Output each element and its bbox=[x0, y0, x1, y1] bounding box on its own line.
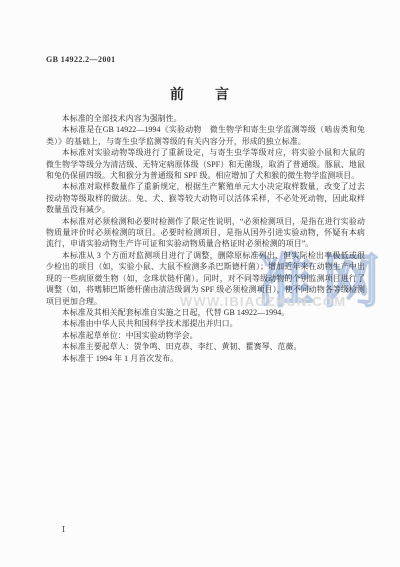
foreword-paragraph: 本标准对必须检测和必要时检测作了限定性说明，“必须检测项目，是指在进行实验动物质… bbox=[46, 216, 365, 250]
page-number: Ⅰ bbox=[62, 525, 65, 534]
foreword-paragraph: 本标准对取样数量作了重新规定，根据生产繁殖单元大小决定取样数量，改变了过去按动物… bbox=[46, 181, 365, 215]
foreword-paragraph: 本标准的全部技术内容为强制性。 bbox=[46, 113, 365, 124]
foreword-paragraph: 本标准于 1994 年 1 月首次发布。 bbox=[46, 353, 365, 364]
document-page: GB 14922.2—2001 准网 WWW.IBIAOZHUN.COM 前 言… bbox=[0, 0, 400, 567]
foreword-body: 本标准的全部技术内容为强制性。 本标准是在GB 14922—1994《实验动物 … bbox=[46, 113, 365, 364]
foreword-paragraph: 本标准起草单位：中国实验动物学会。 bbox=[46, 330, 365, 341]
standard-number: GB 14922.2—2001 bbox=[46, 55, 116, 64]
foreword-title: 前 言 bbox=[0, 84, 400, 104]
foreword-paragraph: 本标准主要起草人：贺争鸣、田克恭、李红、黄韧、瞿赛琴、范薇。 bbox=[46, 341, 365, 352]
foreword-paragraph: 本标准由中华人民共和国科学技术部提出并归口。 bbox=[46, 318, 365, 329]
foreword-paragraph: 本标准对实验动物等级进行了重新设定，与寄生虫学等级对应，将实验小鼠和大鼠的微生物… bbox=[46, 147, 365, 181]
foreword-paragraph: 本标准是在GB 14922—1994《实验动物 微生物学和寄生虫学监测等级（啮齿… bbox=[46, 124, 365, 147]
foreword-paragraph: 本标准及其相关配套标准自实施之日起，代替 GB 14922—1994。 bbox=[46, 307, 365, 318]
foreword-paragraph: 本标准从 3 个方面对监测项目进行了调整，删除原标准列出、但实际检出率极低或很少… bbox=[46, 250, 365, 307]
